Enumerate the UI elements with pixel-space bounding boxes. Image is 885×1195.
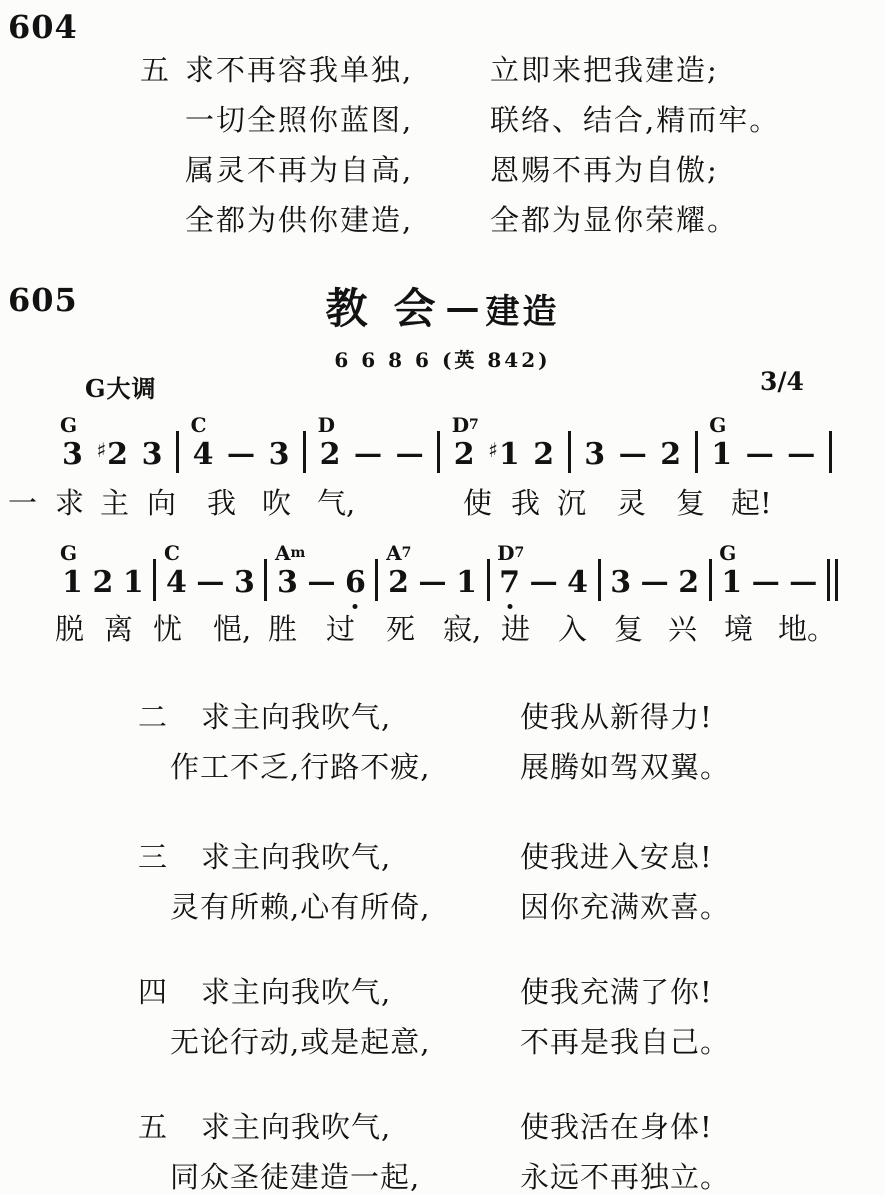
note-3: 3 xyxy=(269,440,290,470)
verse-text: 求不再容我单独, xyxy=(185,48,413,89)
barline xyxy=(303,431,306,473)
note-3: G3 xyxy=(62,440,83,470)
chord-A7: A7 xyxy=(386,543,411,563)
lyric-char: 求 xyxy=(55,481,84,522)
chord-C: C xyxy=(164,543,180,563)
note-4: 4 xyxy=(567,568,588,598)
verse-text: 求主向我吹气, xyxy=(201,970,391,1011)
note-2: ♯2 xyxy=(96,440,128,470)
verse-text: 一切全照你蓝图, xyxy=(185,98,413,139)
barline xyxy=(487,559,490,601)
note-4: C4 xyxy=(193,440,214,470)
chord-D7: D7 xyxy=(497,543,524,563)
key-signature: G大调 xyxy=(85,369,157,404)
verse-text: 求主向我吹气, xyxy=(201,1105,391,1146)
music-line-1: G3♯23C4—3D2——D72♯123—2G1—— xyxy=(62,424,832,470)
note-dash: — xyxy=(227,439,255,470)
note-dash: — xyxy=(419,567,447,598)
lyric-char: 入 xyxy=(558,607,587,648)
note-dash: — xyxy=(752,567,780,598)
note-1: ♯1 xyxy=(488,440,520,470)
barline xyxy=(829,431,832,473)
verse-text: 永远不再独立。 xyxy=(520,1155,730,1195)
lyric-char: 向 xyxy=(147,481,176,522)
verse-text: 无论行动,或是起意, xyxy=(170,1020,430,1061)
hymn-605-title: 教会—建造 xyxy=(0,276,885,336)
verse-text: 使我进入安息! xyxy=(520,835,713,876)
lyric-char: 我 xyxy=(511,481,540,522)
verse-text: 全都为供你建造, xyxy=(185,198,413,239)
note-3: 3 xyxy=(584,440,605,470)
note-dash: — xyxy=(619,439,647,470)
note-2: 2 xyxy=(92,568,113,598)
verse-text: 不再是我自己。 xyxy=(520,1020,730,1061)
note-2: 2 xyxy=(660,440,681,470)
verse-text: 作工不乏,行路不疲, xyxy=(170,745,430,786)
note-3: 3 xyxy=(234,568,255,598)
lyric-char: 吹 xyxy=(262,481,291,522)
chord-G: G xyxy=(60,415,77,435)
title-dash: — xyxy=(446,288,480,328)
note-2: 2 xyxy=(533,440,554,470)
chord-D: D xyxy=(318,415,335,435)
verse-text: 属灵不再为自高, xyxy=(185,148,413,189)
note-dash: — xyxy=(354,439,382,470)
note-dash: — xyxy=(787,439,815,470)
barline xyxy=(827,559,830,601)
verse-text: 恩赐不再为自傲; xyxy=(490,148,719,189)
note-dash: — xyxy=(196,567,224,598)
chord-G: G xyxy=(709,415,726,435)
time-signature: 3/4 xyxy=(760,367,804,396)
verse-number: 二 xyxy=(138,695,168,736)
note-3: 3 xyxy=(142,440,163,470)
lyric-char: 复 xyxy=(614,607,643,648)
lyric-char: 境 xyxy=(724,607,753,648)
note-2: D72 xyxy=(454,440,475,470)
verse-number: 四 xyxy=(138,970,168,1011)
verse-text: 全都为显你荣耀。 xyxy=(490,198,738,239)
note-2: D2 xyxy=(320,440,341,470)
note-3: Am3 xyxy=(277,568,298,598)
barline xyxy=(835,559,838,601)
verse-text: 使我从新得力! xyxy=(520,695,713,736)
lyric-char: 气, xyxy=(317,481,355,522)
verse-text: 求主向我吹气, xyxy=(201,835,391,876)
note-dash: — xyxy=(789,567,817,598)
note-6: 6 xyxy=(345,568,366,598)
lyric-char: 兴 xyxy=(668,607,697,648)
note-dash: — xyxy=(641,567,669,598)
verse-number-5: 五 xyxy=(140,48,169,89)
barline xyxy=(437,431,440,473)
note-2: 2 xyxy=(678,568,699,598)
lyric-line-2: 脱离忧悒,胜过死寂,进入复兴境地。 xyxy=(0,607,885,649)
barline xyxy=(375,559,378,601)
lyric-char: 灵 xyxy=(617,481,646,522)
verse-text: 同众圣徒建造一起, xyxy=(170,1155,420,1195)
note-1: G1 xyxy=(62,568,83,598)
lyric-char: 进 xyxy=(501,607,530,648)
hymnal-page: 604 五 求不再容我单独, 立即来把我建造; 一切全照你蓝图, 联络、结合,精… xyxy=(0,0,885,1195)
lyric-char: 地。 xyxy=(778,607,836,648)
music-line-2: G121C4—3Am3—6A72—1D77—43—2G1—— xyxy=(62,552,838,598)
barline xyxy=(264,559,267,601)
final-double-barline xyxy=(827,559,838,598)
lyric-char: 脱 xyxy=(55,607,84,648)
note-1: G1 xyxy=(711,440,732,470)
lyric-char: 寂, xyxy=(443,607,481,648)
lyric-char: 胜 xyxy=(268,607,297,648)
lyric-char: 沉 xyxy=(557,481,586,522)
verse-text: 求主向我吹气, xyxy=(201,695,391,736)
chord-Am: Am xyxy=(275,543,305,563)
verse-text: 灵有所赖,心有所倚, xyxy=(170,885,430,926)
verse-text: 因你充满欢喜。 xyxy=(520,885,730,926)
barline xyxy=(598,559,601,601)
lyric-char: 悒, xyxy=(213,607,251,648)
lyric-char: 过 xyxy=(326,607,355,648)
barline xyxy=(695,431,698,473)
note-1: 1 xyxy=(456,568,477,598)
barline xyxy=(153,559,156,601)
title-main: 教会 xyxy=(325,284,461,333)
note-1: G1 xyxy=(721,568,742,598)
note-dash: — xyxy=(307,567,335,598)
note-3: 3 xyxy=(610,568,631,598)
chord-D7: D7 xyxy=(452,415,479,435)
lyric-char: 主 xyxy=(100,481,129,522)
verse-number: 五 xyxy=(138,1105,168,1146)
sharp-accidental: ♯ xyxy=(96,438,106,462)
verse-number: 三 xyxy=(138,835,168,876)
note-2: A72 xyxy=(388,568,409,598)
chord-G: G xyxy=(719,543,736,563)
verse-text: 使我充满了你! xyxy=(520,970,713,1011)
verse-text: 展腾如驾双翼。 xyxy=(520,745,730,786)
hymn-604-number: 604 xyxy=(8,8,78,46)
lyric-char: 离 xyxy=(104,607,133,648)
barline xyxy=(176,431,179,473)
lyric-line-1: 一求主向我吹气,使我沉灵复起! xyxy=(0,481,885,523)
note-1: 1 xyxy=(123,568,144,598)
barline xyxy=(568,431,571,473)
lyric-char: 起! xyxy=(731,481,772,522)
note-4: C4 xyxy=(166,568,187,598)
note-dash: — xyxy=(530,567,558,598)
lyric-char: 使 xyxy=(463,481,492,522)
verse-text: 使我活在身体! xyxy=(520,1105,713,1146)
note-dash: — xyxy=(396,439,424,470)
lyric-char: 忧 xyxy=(153,607,182,648)
verse-text: 立即来把我建造; xyxy=(490,48,719,89)
note-7: D77 xyxy=(499,568,520,598)
title-subtitle: 建造 xyxy=(486,292,560,332)
verse-text: 联络、结合,精而牢。 xyxy=(490,98,780,139)
lyric-char: 我 xyxy=(207,481,236,522)
barline xyxy=(709,559,712,601)
verse-1-marker: 一 xyxy=(8,481,37,522)
chord-C: C xyxy=(191,415,207,435)
note-dash: — xyxy=(746,439,774,470)
sharp-accidental: ♯ xyxy=(488,438,498,462)
lyric-char: 死 xyxy=(386,607,415,648)
chord-G: G xyxy=(60,543,77,563)
lyric-char: 复 xyxy=(676,481,705,522)
